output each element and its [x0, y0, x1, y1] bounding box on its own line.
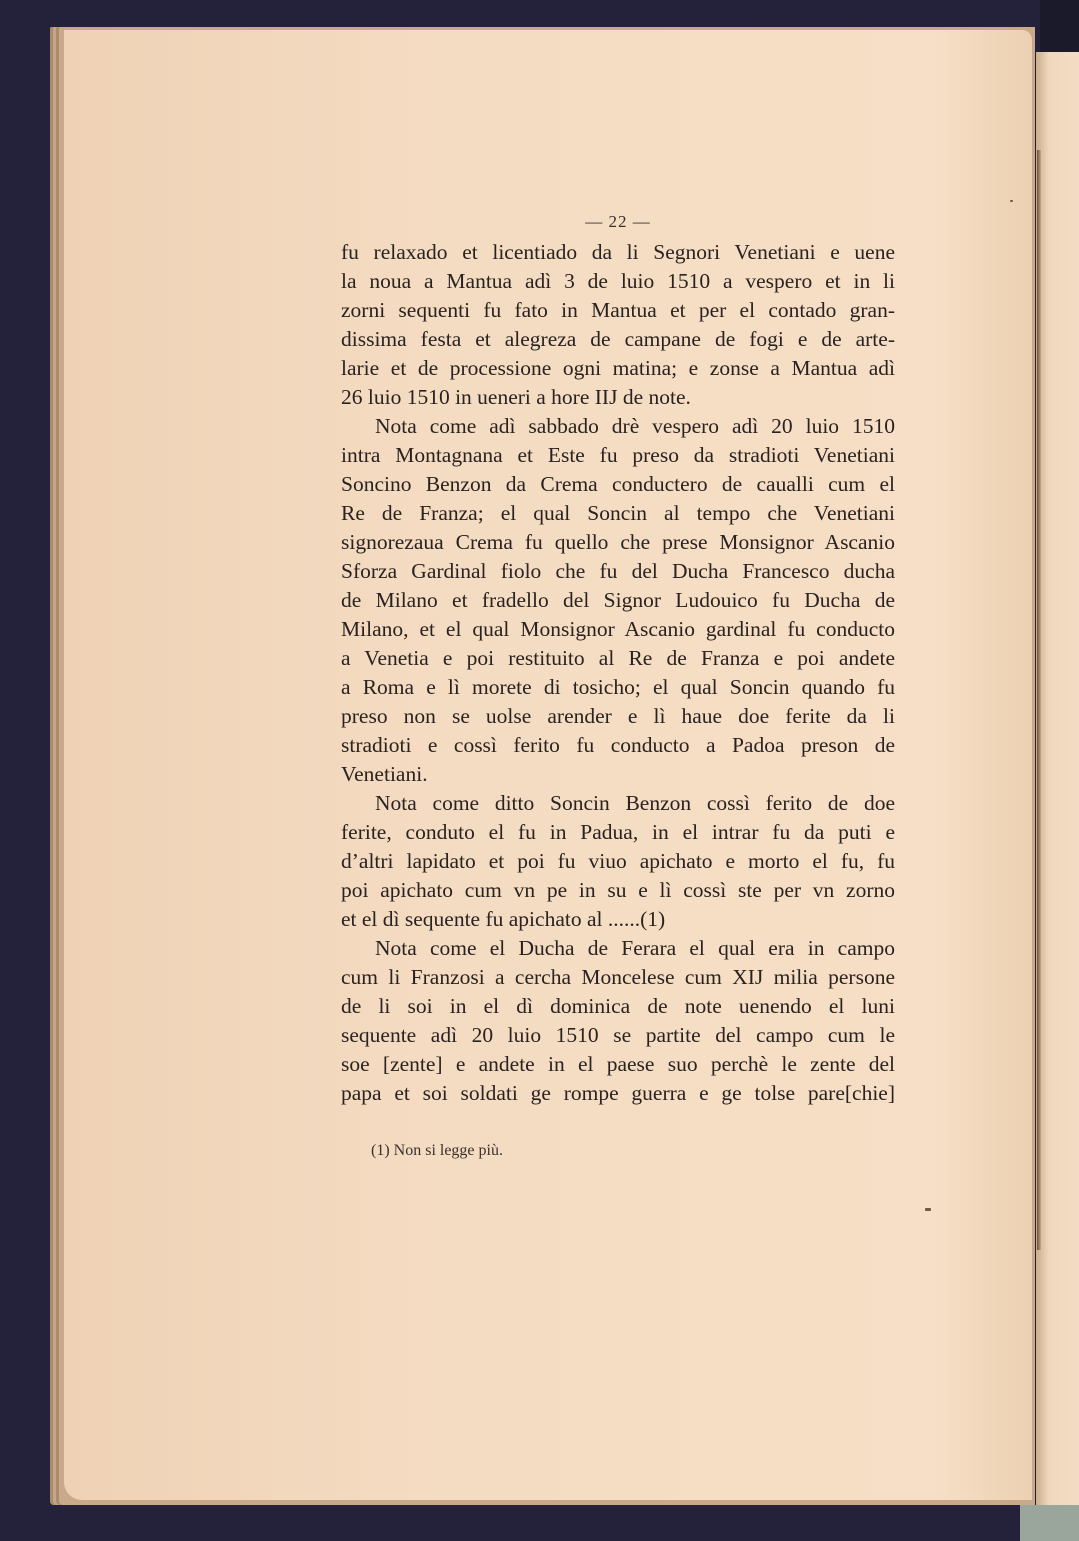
- text-line: et el dì sequente fu apichato al ......(…: [341, 905, 895, 934]
- text-line: soe [zente] e andete in el paese suo per…: [341, 1050, 895, 1079]
- text-line: intra Montagnana et Este fu preso da str…: [341, 441, 895, 470]
- text-line: Nota come ditto Soncin Benzon cossì feri…: [341, 789, 895, 818]
- text-line: d’altri lapidato et poi fu viuo apichato…: [341, 847, 895, 876]
- text-line: fu relaxado et licentiado da li Segnori …: [341, 238, 895, 267]
- text-line: cum li Franzosi a cercha Moncelese cum X…: [341, 963, 895, 992]
- text-line: a Roma e lì morete di tosicho; el qual S…: [341, 673, 895, 702]
- text-line: Nota come adì sabbado drè vespero adì 20…: [341, 412, 895, 441]
- footnote: (1) Non si legge più.: [341, 1142, 895, 1160]
- facing-page-edge: [1036, 52, 1079, 1512]
- page-text-block: — 22 — fu relaxado et licentiado da li S…: [341, 200, 895, 1160]
- text-line: Milano, et el qual Monsignor Ascanio gar…: [341, 615, 895, 644]
- text-line: ferite, conduto el fu in Padua, in el in…: [341, 818, 895, 847]
- paragraph-3: Nota come ditto Soncin Benzon cossì feri…: [341, 789, 895, 934]
- binding-thread: [1037, 150, 1041, 1250]
- book-spine-corner: [1020, 1505, 1079, 1541]
- paper-speck: [925, 1208, 931, 1211]
- text-line: stradioti e cossì ferito fu conducto a P…: [341, 731, 895, 760]
- text-line: papa et soi soldati ge rompe guerra e ge…: [341, 1079, 895, 1108]
- text-line: dissima festa et alegreza de campane de …: [341, 325, 895, 354]
- text-line: sequente adì 20 luio 1510 se partite del…: [341, 1021, 895, 1050]
- paragraph-1: fu relaxado et licentiado da li Segnori …: [341, 238, 895, 412]
- text-line: Nota come el Ducha de Ferara el qual era…: [341, 934, 895, 963]
- text-line: Soncino Benzon da Crema conductero de ca…: [341, 470, 895, 499]
- background-dark-corner: [1040, 0, 1079, 60]
- page-number: — 22 —: [341, 212, 895, 232]
- text-line: poi apichato cum vn pe in su e lì cossì …: [341, 876, 895, 905]
- text-line: Re de Franza; el qual Soncin al tempo ch…: [341, 499, 895, 528]
- text-line: Sforza Gardinal fiolo che fu del Ducha F…: [341, 557, 895, 586]
- text-line: larie et de processione ogni matina; e z…: [341, 354, 895, 383]
- paragraph-2: Nota come adì sabbado drè vespero adì 20…: [341, 412, 895, 789]
- text-line: Venetiani.: [341, 760, 895, 789]
- paper-speck: [1010, 200, 1013, 202]
- text-line: de li soi in el dì dominica de note uene…: [341, 992, 895, 1021]
- text-line: de Milano et fradello del Signor Ludouic…: [341, 586, 895, 615]
- text-line: la noua a Mantua adì 3 de luio 1510 a ve…: [341, 267, 895, 296]
- text-line: 26 luio 1510 in ueneri a hore IIJ de not…: [341, 383, 895, 412]
- paragraph-4: Nota come el Ducha de Ferara el qual era…: [341, 934, 895, 1108]
- text-line: preso non se uolse arender e lì haue doe…: [341, 702, 895, 731]
- text-line: a Venetia e poi restituito al Re de Fran…: [341, 644, 895, 673]
- text-line: signorezaua Crema fu quello che prese Mo…: [341, 528, 895, 557]
- text-line: zorni sequenti fu fato in Mantua et per …: [341, 296, 895, 325]
